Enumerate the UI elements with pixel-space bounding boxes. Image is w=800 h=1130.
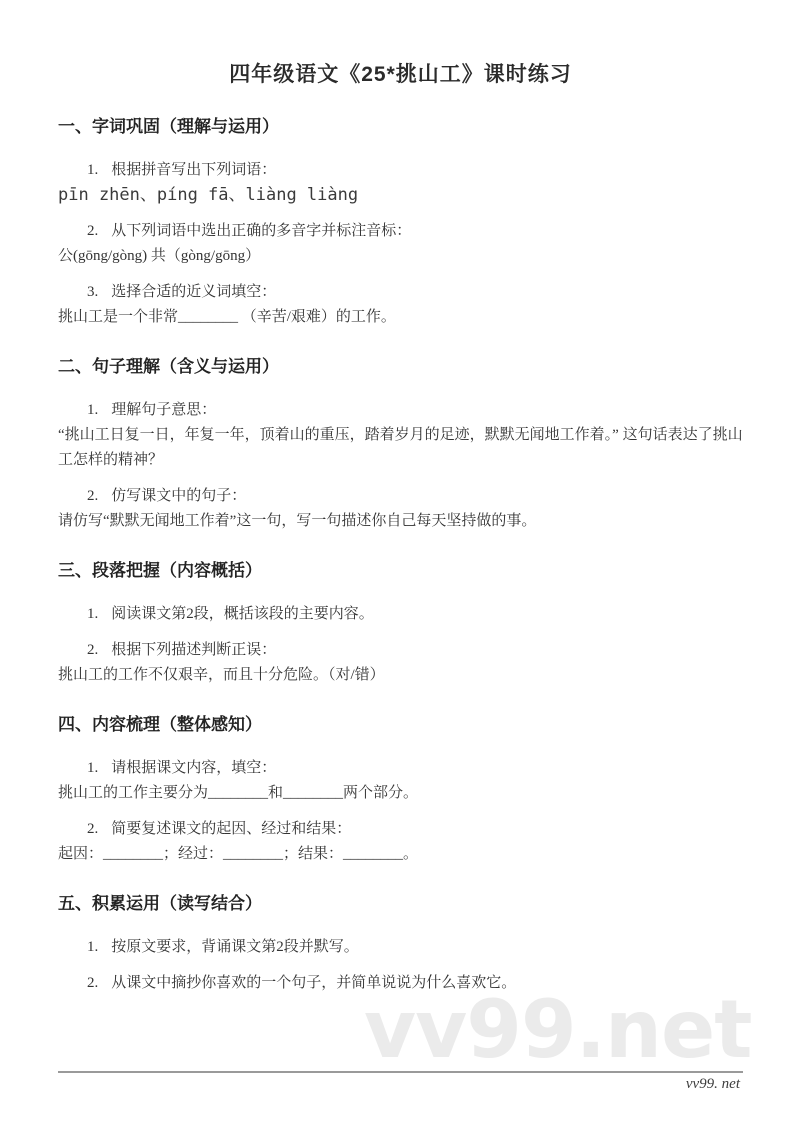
question-line: 1.根据拼音写出下列词语： (58, 158, 743, 183)
item-number: 2. (87, 817, 98, 842)
document-content: 四年级语文《25*挑山工》课时练习 一、字词巩固（理解与运用） 1.根据拼音写出… (0, 0, 800, 996)
fill-blank-text: 挑山工是一个非常________ （辛苦/艰难）的工作。 (58, 305, 743, 330)
fill-blank-text: 挑山工的工作主要分为________和________两个部分。 (58, 781, 743, 806)
item-number: 2. (87, 638, 98, 663)
watermark-text: vv99.net (364, 990, 751, 1070)
item-number: 1. (87, 756, 98, 781)
section-heading-3: 三、段落把握（内容概括） (58, 558, 743, 584)
item-number: 1. (87, 158, 98, 183)
section-heading-2: 二、句子理解（含义与运用） (58, 354, 743, 380)
item-text: 阅读课文第2段，概括该段的主要内容。 (111, 606, 374, 622)
item-number: 3. (87, 280, 98, 305)
item-text: 根据拼音写出下列词语： (111, 162, 276, 178)
item-text: 根据下列描述判断正误： (111, 642, 276, 658)
true-false-text: 挑山工的工作不仅艰辛，而且十分危险。（对/错） (58, 663, 743, 688)
question-line: 2.从下列词语中选出正确的多音字并标注音标： (58, 219, 743, 244)
item-number: 2. (87, 484, 98, 509)
item-number: 1. (87, 935, 98, 960)
question-line: 1.请根据课文内容，填空： (58, 756, 743, 781)
item-text: 请根据课文内容，填空： (111, 760, 276, 776)
worksheet-page: vv99.net 四年级语文《25*挑山工》课时练习 一、字词巩固（理解与运用）… (0, 0, 800, 1130)
question-line: 2.仿写课文中的句子： (58, 484, 743, 509)
question-line: 1.理解句子意思： (58, 398, 743, 423)
continuation-text: 请仿写“默默无闻地工作着”这一句，写一句描述你自己每天坚持做的事。 (58, 509, 743, 534)
item-text: 理解句子意思： (111, 402, 216, 418)
continuation-text: 公(gōng/gòng) 共（gòng/gōng） (58, 244, 743, 269)
fill-blank-text: 起因：________；经过：________；结果：________。 (58, 842, 743, 867)
question-line: 2.简要复述课文的起因、经过和结果： (58, 817, 743, 842)
question-line: 1.按原文要求，背诵课文第2段并默写。 (58, 935, 743, 960)
page-title: 四年级语文《25*挑山工》课时练习 (58, 60, 743, 90)
quote-text: “挑山工日复一日，年复一年，顶着山的重压，踏着岁月的足迹，默默无闻地工作着。” … (58, 423, 743, 473)
item-number: 1. (87, 602, 98, 627)
question-line: 2.从课文中摘抄你喜欢的一个句子，并简单说说为什么喜欢它。 (58, 971, 743, 996)
pinyin-text: pīn zhēn、píng fā、liàng liàng (58, 183, 743, 208)
question-line: 2.根据下列描述判断正误： (58, 638, 743, 663)
item-text: 仿写课文中的句子： (111, 488, 246, 504)
item-text: 按原文要求，背诵课文第2段并默写。 (111, 939, 359, 955)
footer-site-text: vv99. net (686, 1076, 740, 1093)
item-text: 从下列词语中选出正确的多音字并标注音标： (111, 223, 411, 239)
item-text: 简要复述课文的起因、经过和结果： (111, 821, 351, 837)
item-text: 从课文中摘抄你喜欢的一个句子，并简单说说为什么喜欢它。 (111, 975, 516, 991)
section-heading-1: 一、字词巩固（理解与运用） (58, 114, 743, 140)
question-line: 1.阅读课文第2段，概括该段的主要内容。 (58, 602, 743, 627)
footer-divider (58, 1071, 743, 1073)
question-line: 3.选择合适的近义词填空： (58, 280, 743, 305)
section-heading-4: 四、内容梳理（整体感知） (58, 712, 743, 738)
section-heading-5: 五、积累运用（读写结合） (58, 891, 743, 917)
item-number: 2. (87, 219, 98, 244)
item-number: 2. (87, 971, 98, 996)
item-number: 1. (87, 398, 98, 423)
item-text: 选择合适的近义词填空： (111, 284, 276, 300)
